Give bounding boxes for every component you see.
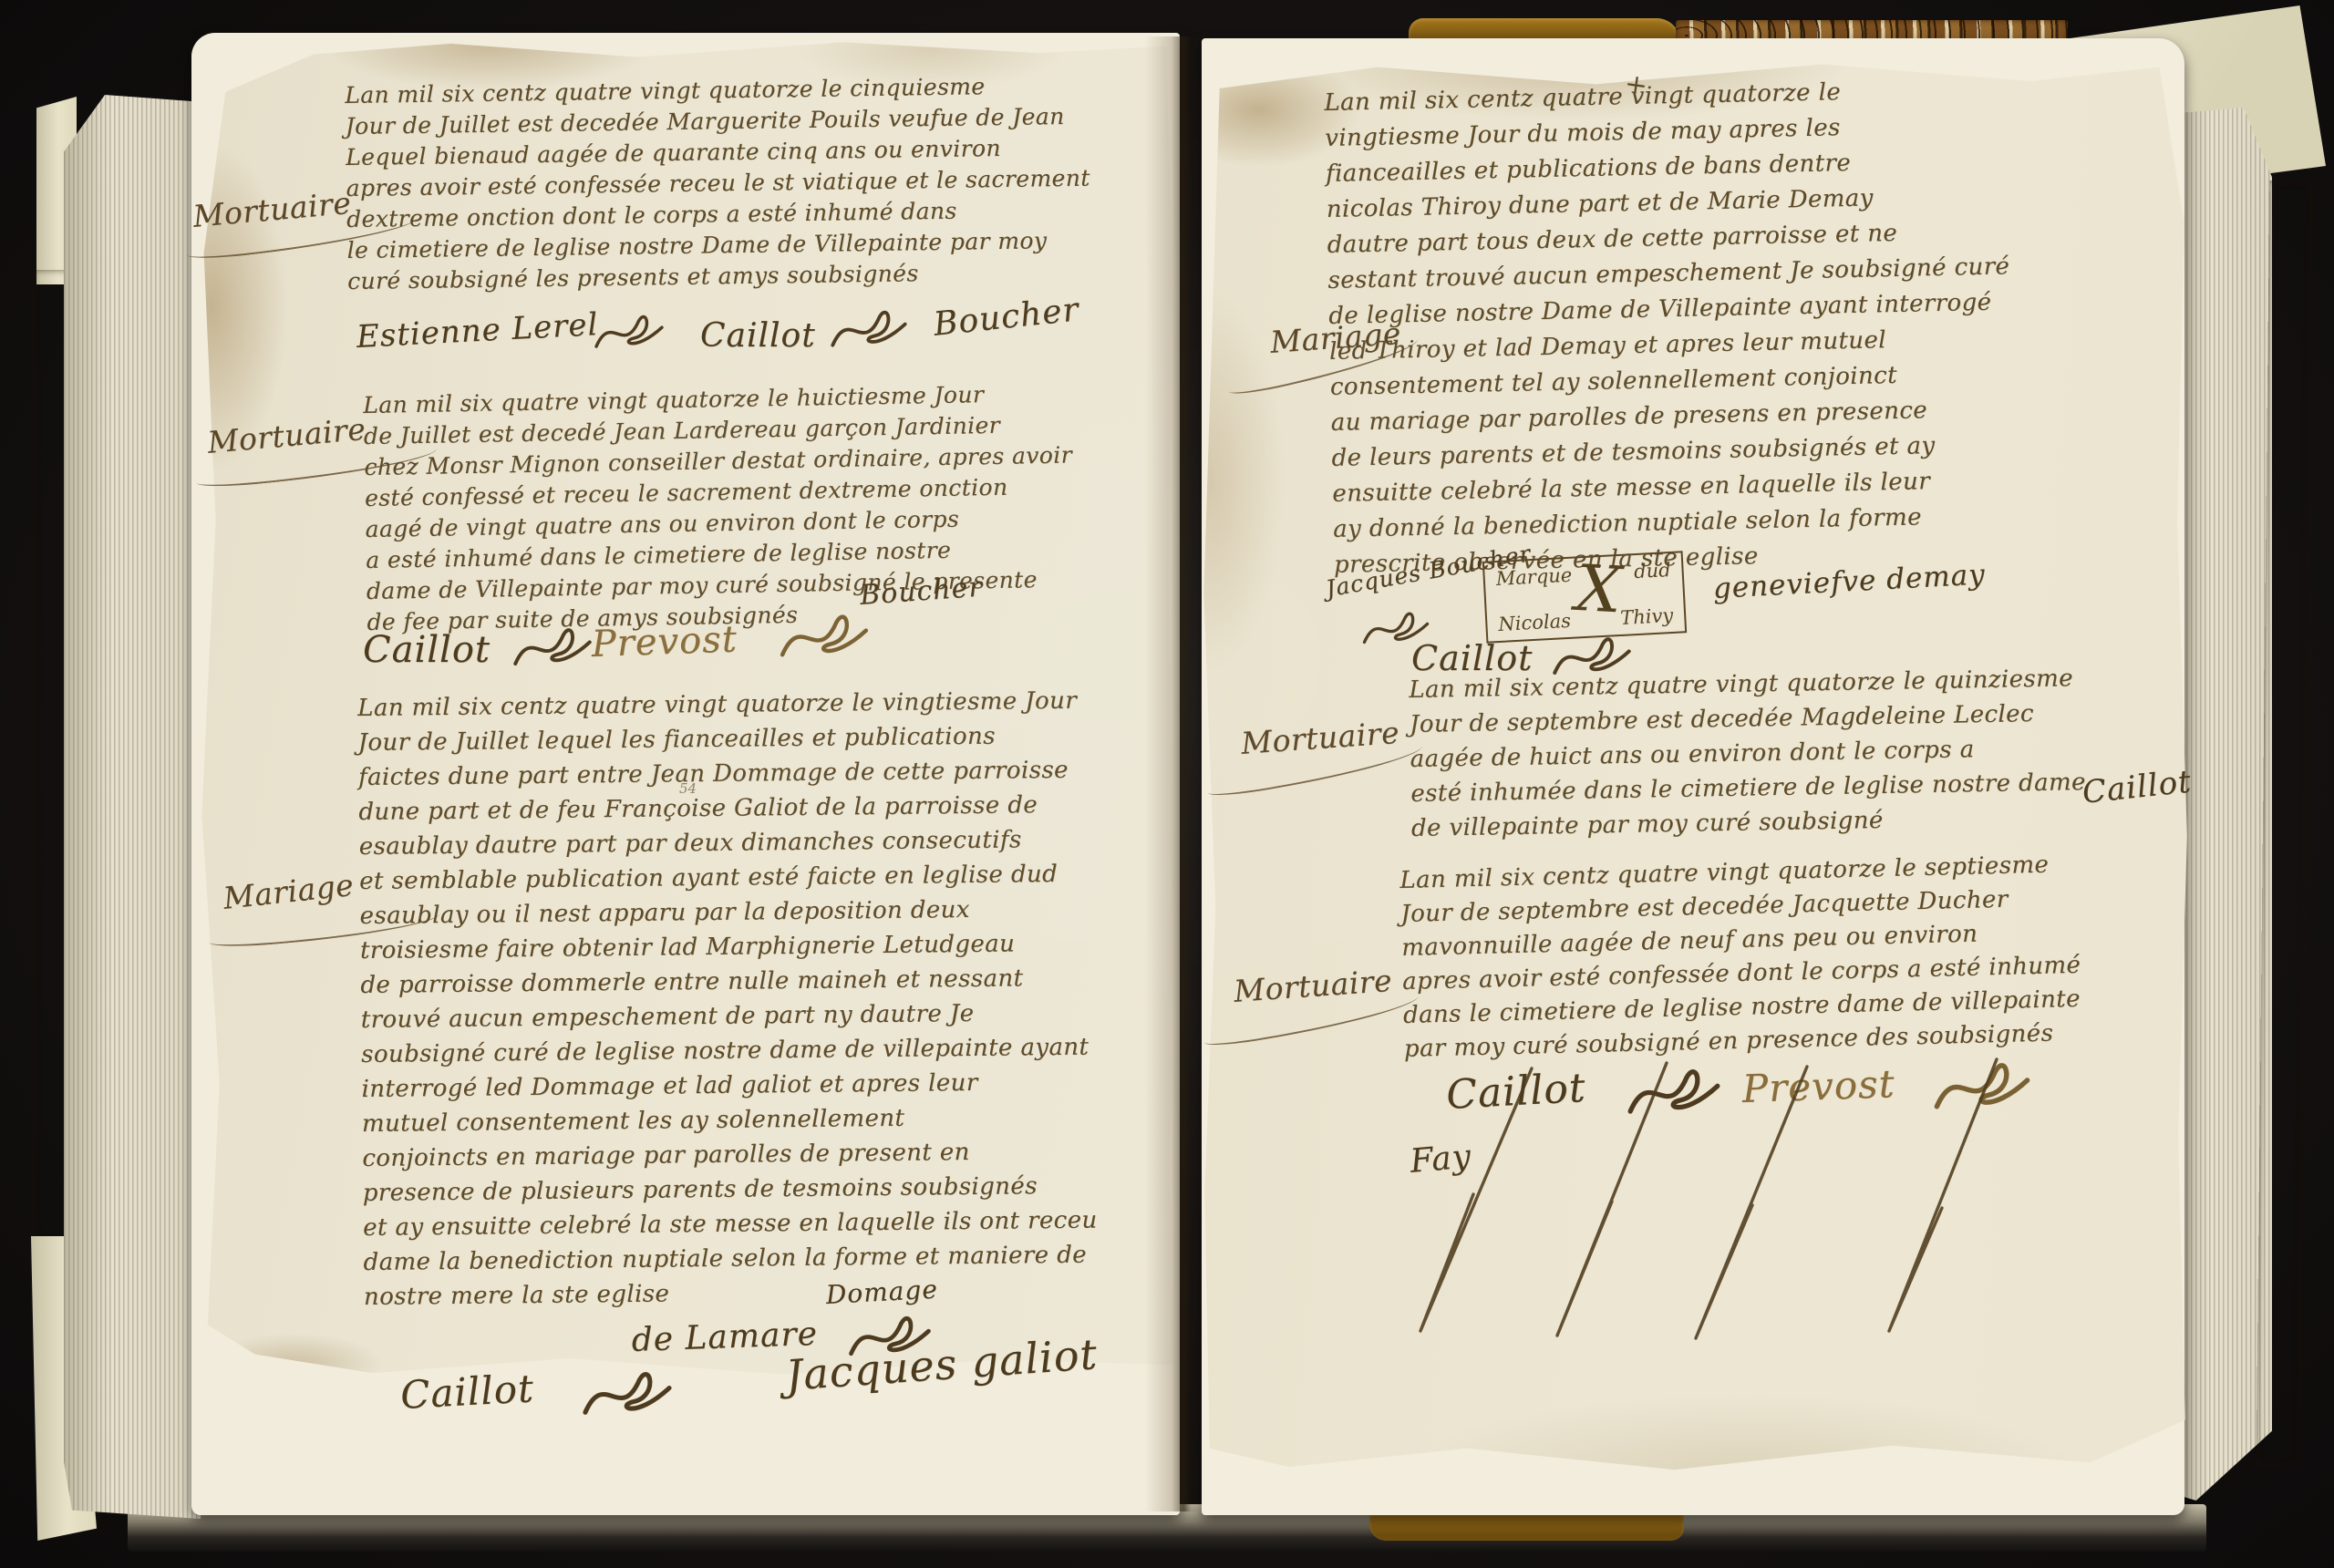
right-page-ink-layer: + Mariage Lan mil six centz quatre vingt… <box>0 0 2334 1568</box>
pen-stroke <box>1554 639 1628 673</box>
mark-box-text: Marque <box>1495 564 1573 590</box>
pen-stroke <box>1420 1068 1532 1331</box>
photo-background: Mortuaire Lan mil six centz quatre vingt… <box>0 0 2334 1568</box>
mark-box-text: dud <box>1634 559 1672 583</box>
marriage-entry-right: Lan mil six centz quatre vingt quatorze … <box>1324 68 2154 583</box>
burial-entry-right-2: Lan mil six centz quatre vingt quatorze … <box>1399 844 2206 1066</box>
pen-trial-flourish-strokes <box>1395 1057 2033 1367</box>
pen-stroke <box>1889 1059 1997 1331</box>
pen-stroke <box>1557 1063 1667 1336</box>
burial-entry-right-1: Lan mil six centz quatre vingt quatorze … <box>1409 659 2195 846</box>
mark-box-text: Thivy <box>1620 604 1674 629</box>
witness-cross-mark: X <box>1575 551 1624 627</box>
pen-stroke <box>1696 1067 1807 1338</box>
